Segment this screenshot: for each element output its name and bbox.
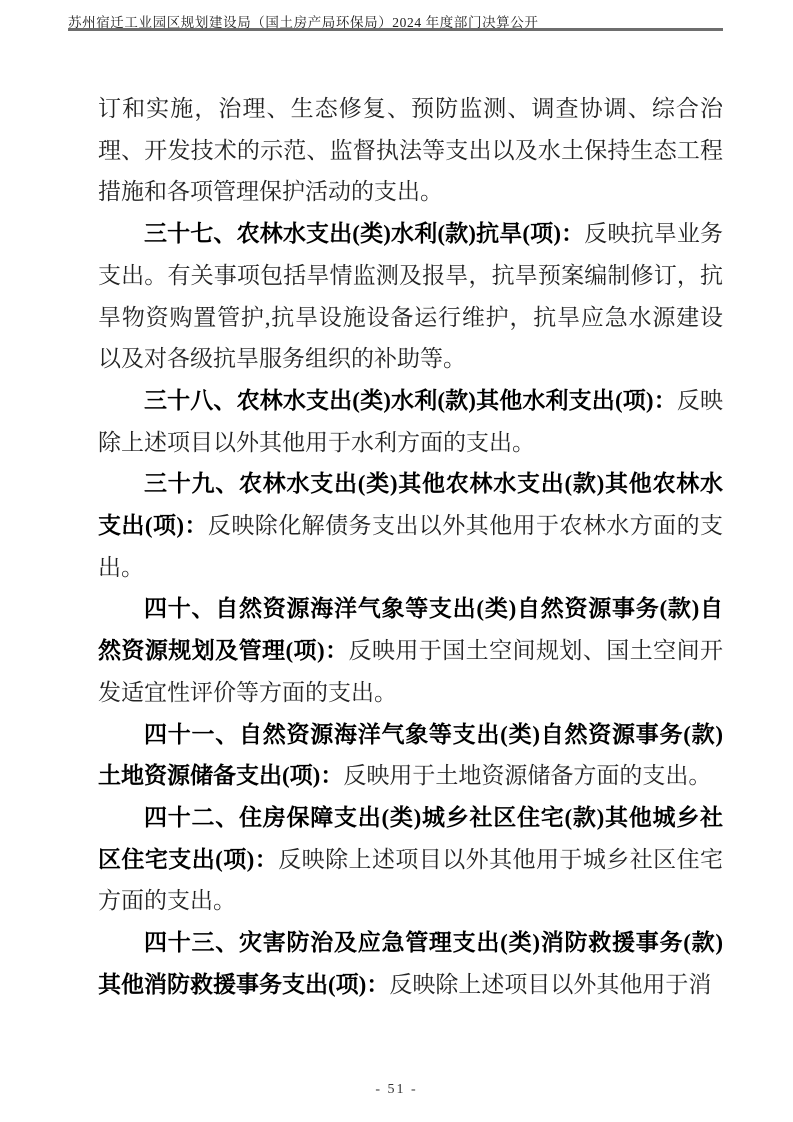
paragraph-item-38: 三十八、农林水支出(类)水利(款)其他水利支出(项)：反映除上述项目以外其他用于… [98, 380, 723, 463]
paragraph-text: 订和实施，治理、生态修复、预防监测、调查协调、综合治理、开发技术的示范、监督执法… [98, 96, 723, 204]
paragraph-item-42: 四十二、住房保障支出(类)城乡社区住宅(款)其他城乡社区住宅支出(项)：反映除上… [98, 797, 723, 922]
paragraph-text: 反映用于土地资源储备方面的支出。 [343, 763, 711, 788]
paragraph-item-41: 四十一、自然资源海洋气象等支出(类)自然资源事务(款)土地资源储备支出(项)：反… [98, 714, 723, 797]
header-divider [68, 28, 723, 31]
paragraph-item-43: 四十三、灾害防治及应急管理支出(类)消防救援事务(款)其他消防救援事务支出(项)… [98, 922, 723, 1005]
paragraph-item-39: 三十九、农林水支出(类)其他农林水支出(款)其他农林水支出(项)：反映除化解债务… [98, 463, 723, 588]
page-number: - 51 - [375, 1082, 417, 1097]
document-body: 订和实施，治理、生态修复、预防监测、调查协调、综合治理、开发技术的示范、监督执法… [98, 88, 723, 1005]
paragraph-item-40: 四十、自然资源海洋气象等支出(类)自然资源事务(款)自然资源规划及管理(项)：反… [98, 588, 723, 713]
document-page: 苏州宿迁工业园区规划建设局（国土房产局环保局）2024 年度部门决算公开 订和实… [0, 0, 793, 1122]
paragraph-text: 反映除上述项目以外其他用于消 [389, 972, 711, 997]
paragraph-item-37: 三十七、农林水支出(类)水利(款)抗旱(项)：反映抗旱业务支出。有关事项包括旱情… [98, 213, 723, 380]
paragraph-lead: 三十七、农林水支出(类)水利(款)抗旱(项)： [144, 221, 584, 246]
page-footer: - 51 - [0, 1082, 793, 1098]
paragraph-lead: 三十八、农林水支出(类)水利(款)其他水利支出(项)： [144, 388, 677, 413]
paragraph-continuation: 订和实施，治理、生态修复、预防监测、调查协调、综合治理、开发技术的示范、监督执法… [98, 88, 723, 213]
